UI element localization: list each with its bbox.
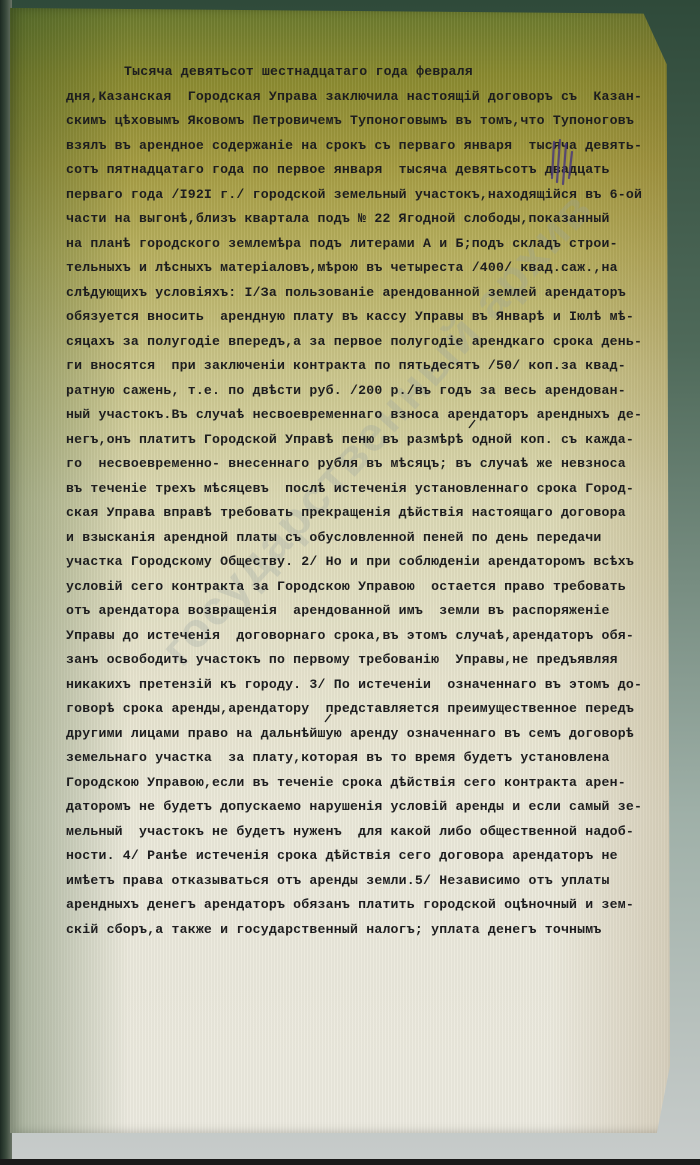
- document-line: Управы до истеченія договорнаго срока,въ…: [66, 624, 666, 649]
- document-line: отъ арендатора возвращенія арендованной …: [66, 599, 666, 624]
- document-line: сяцахъ за полугодіе впередъ,а за первое …: [66, 330, 666, 355]
- document-line: негъ,онъ платитъ Городской Управѣ пеню в…: [66, 428, 666, 453]
- document-line: Городскою Управою,если въ теченіе срока …: [66, 771, 666, 796]
- document-line: обязуется вносить арендную плату въ касс…: [66, 305, 666, 330]
- document-line: занъ освободить участокъ по первому треб…: [66, 648, 666, 673]
- document-line: говорѣ срока аренды,арендатору представл…: [66, 697, 666, 722]
- document-line: слѣдующихъ условіяхъ: I/За пользованіе а…: [66, 281, 666, 306]
- document-line: земельнаго участка за плату,которая въ т…: [66, 746, 666, 771]
- document-line: скимъ цѣховымъ Яковомъ Петровичемъ Тупон…: [66, 109, 666, 134]
- document-line: мельный участокъ не будетъ нуженъ для ка…: [66, 820, 666, 845]
- document-line: арендныхъ денегъ арендаторъ обязанъ плат…: [66, 893, 666, 918]
- document-text: Тысяча девятьсот шестнадцатаго года февр…: [66, 60, 666, 942]
- photo-viewport: государственный архив Тысяча девятьсот ш…: [0, 0, 700, 1165]
- document-line: Тысяча девятьсот шестнадцатаго года февр…: [66, 60, 666, 85]
- document-line: имѣетъ права отказываться отъ аренды зем…: [66, 869, 666, 894]
- document-line: на планѣ городского землемѣра подъ литер…: [66, 232, 666, 257]
- document-line: ный участокъ.Въ случаѣ несвоевременнаго …: [66, 403, 666, 428]
- document-line: и взысканія арендной платы съ обусловлен…: [66, 526, 666, 551]
- document-line: ская Управа вправѣ требовать прекращенія…: [66, 501, 666, 526]
- screen-bottom-edge: [0, 1159, 700, 1165]
- document-line: участка Городскому Обществу. 2/ Но и при…: [66, 550, 666, 575]
- document-line: условій сего контракта за Городскою Упра…: [66, 575, 666, 600]
- document-line: другими лицами право на дальнѣйшую аренд…: [66, 722, 666, 747]
- document-line: тельныхъ и лѣсныхъ матеріаловъ,мѣрою въ …: [66, 256, 666, 281]
- document-line: дня,Казанская Городская Управа заключила…: [66, 85, 666, 110]
- document-line: никакихъ претензій къ городу. 3/ По исте…: [66, 673, 666, 698]
- document-line: ности. 4/ Ранѣе истеченія срока дѣйствія…: [66, 844, 666, 869]
- document-line: сотъ пятнадцатаго года по первое января …: [66, 158, 666, 183]
- document-line: ратную сажень, т.е. по двѣсти руб. /200 …: [66, 379, 666, 404]
- document-line: взялъ въ арендное содержаніе на срокъ съ…: [66, 134, 666, 159]
- document-line: ги вносятся при заключеніи контракта по …: [66, 354, 666, 379]
- document-line: перваго года /I92I г./ городской земельн…: [66, 183, 666, 208]
- document-line: въ теченіе трехъ мѣсяцевъ послѣ истечені…: [66, 477, 666, 502]
- document-line: части на выгонѣ,близъ квартала подъ № 22…: [66, 207, 666, 232]
- document-line: скій сборъ,а также и государственный нал…: [66, 918, 666, 943]
- document-line: го несвоевременно- внесеннаго рубля въ м…: [66, 452, 666, 477]
- document-line: даторомъ не будетъ допускаемо нарушенія …: [66, 795, 666, 820]
